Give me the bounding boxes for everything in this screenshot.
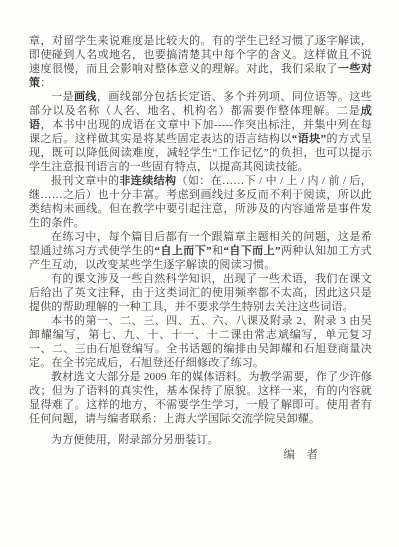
editor-signature: 编 者 bbox=[29, 448, 372, 462]
paragraph: 报刊文章中的非连续结构（如：在……下 / 中 / 上 / 内 / 前 / 后，继… bbox=[29, 174, 372, 230]
paragraph: 在练习中，每个篇目后都有一个跟篇章主题相关的问题，这是希望通过练习方式使学生的“… bbox=[29, 230, 372, 272]
paragraph: 一是画线，画线部分包括长定语、多个并列项、同位语等。这些部分以及名称（人名、地名… bbox=[29, 90, 372, 174]
paragraph: 教材选文大部分是 2009 年的媒体语料。为教学需要，作了少许修改；但为了语料的… bbox=[29, 370, 372, 426]
text-run: 一是 bbox=[51, 91, 74, 103]
paragraph: 本书的第一、二、三、四、五、六、八课及附录 2、附录 3 由吴卸耀编写，第七、九… bbox=[29, 314, 372, 370]
paragraph: 章，对留学生来说难度是比较大的。有的学生已经习惯了逐字解读，即使碰到人名或地名，… bbox=[29, 34, 372, 90]
paragraph: 有的课文涉及一些自然科学知识，出现了一些术语，我们在课文后给出了英文注释，由于这… bbox=[29, 272, 372, 314]
bold-term: 画线 bbox=[74, 91, 97, 103]
text-run: 章，对留学生来说难度是比较大的。有的学生已经习惯了逐字解读，即使碰到人名或地名，… bbox=[29, 35, 372, 75]
text-run: 为方便使用，附录部分另册装订。 bbox=[51, 434, 219, 446]
text-run: 和 bbox=[212, 245, 224, 257]
paragraph: 为方便使用，附录部分另册装订。 bbox=[29, 433, 372, 447]
text-run: 本书的第一、二、三、四、五、六、八课及附录 2、附录 3 由吴卸耀编写，第七、九… bbox=[29, 315, 372, 369]
text-run: 报刊文章中的 bbox=[51, 175, 119, 187]
bold-term: “语块” bbox=[292, 133, 326, 145]
text-run: 教材选文大部分是 2009 年的媒体语料。为教学需要，作了少许修改；但为了语料的… bbox=[29, 371, 372, 425]
text-run: 有的课文涉及一些自然科学知识，出现了一些术语，我们在课文后给出了英文注释，由于这… bbox=[29, 273, 372, 313]
bold-term: “自下而上” bbox=[223, 245, 280, 257]
bold-term: 非连续结构 bbox=[119, 175, 176, 187]
text-run: ： bbox=[40, 77, 51, 89]
bold-term: “自上而下” bbox=[155, 245, 212, 257]
book-page: 章，对留学生来说难度是比较大的。有的学生已经习惯了逐字解读，即使碰到人名或地名，… bbox=[0, 0, 399, 547]
paragraphs-container: 章，对留学生来说难度是比较大的。有的学生已经习惯了逐字解读，即使碰到人名或地名，… bbox=[29, 34, 372, 447]
